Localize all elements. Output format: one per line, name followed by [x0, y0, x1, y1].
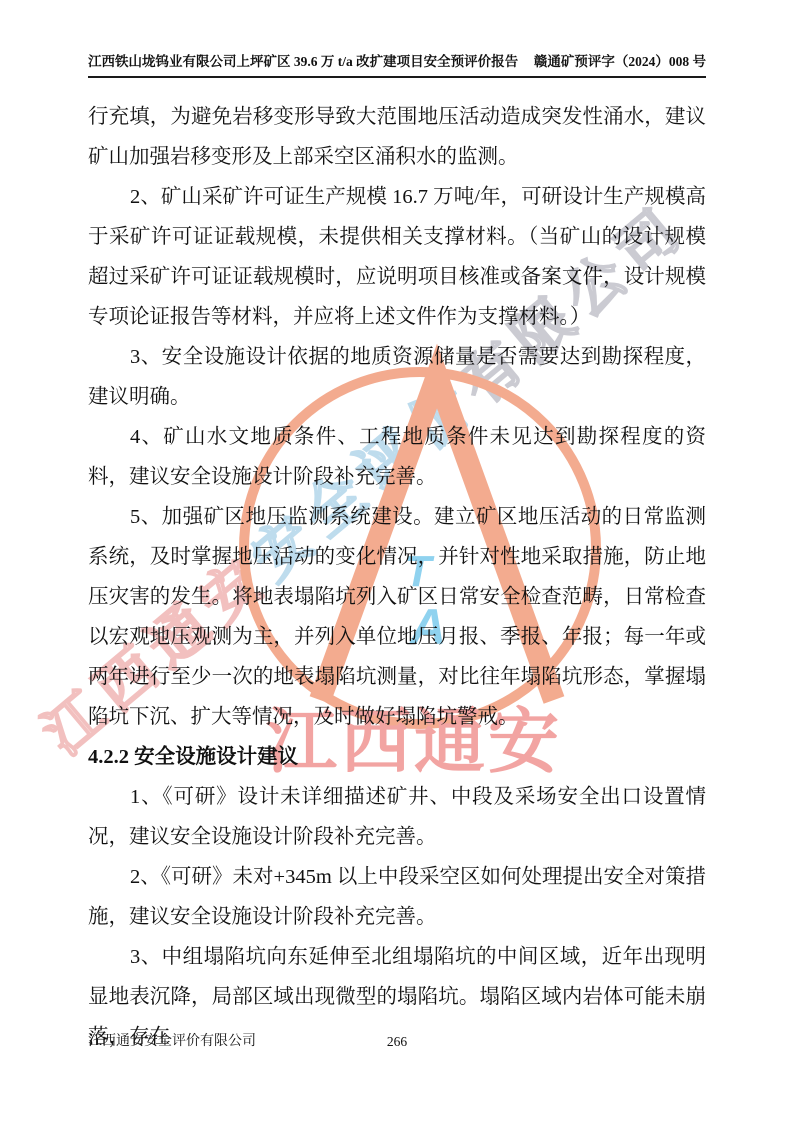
paragraph-item-4: 4、矿山水文地质条件、工程地质条件未见达到勘探程度的资料，建议安全设施设计阶段补…	[88, 417, 706, 497]
header-doc-number: 赣通矿预评字（2024）008 号	[534, 50, 706, 70]
paragraph-item-3: 3、安全设施设计依据的地质资源储量是否需要达到勘探程度，建议明确。	[88, 337, 706, 417]
paragraph-item-2: 2、矿山采矿许可证生产规模 16.7 万吨/年，可研设计生产规模高于采矿许可证证…	[88, 177, 706, 337]
page-header: 江西铁山垅钨业有限公司上坪矿区 39.6 万 t/a 改扩建项目安全预评价报告 …	[88, 50, 706, 78]
paragraph-continued: 行充填，为避免岩移变形导致大范围地压活动造成突发性涌水，建议矿山加强岩移变形及上…	[88, 97, 706, 177]
paragraph-suggestion-2: 2、《可研》未对+345m 以上中段采空区如何处理提出安全对策措施，建议安全设施…	[88, 857, 706, 937]
paragraph-suggestion-1: 1、《可研》设计未详细描述矿井、中段及采场安全出口设置情况，建议安全设施设计阶段…	[88, 777, 706, 857]
page-number: 266	[387, 1032, 407, 1052]
section-heading: 4.2.2 安全设施设计建议	[88, 737, 706, 777]
footer-company-name: 江西通安安全评价有限公司	[88, 1034, 256, 1049]
paragraph-item-5: 5、加强矿区地压监测系统建设。建立矿区地压活动的日常监测系统，及时掌握地压活动的…	[88, 497, 706, 737]
header-report-title: 江西铁山垅钨业有限公司上坪矿区 39.6 万 t/a 改扩建项目安全预评价报告	[88, 50, 518, 70]
document-body: 行充填，为避免岩移变形导致大范围地压活动造成突发性涌水，建议矿山加强岩移变形及上…	[88, 97, 706, 1057]
page-footer: 江西通安安全评价有限公司 266	[88, 1032, 706, 1052]
document-page: 江西通安安全评价有限公司 T A 江西通安 江西铁山垅钨业有限公司上坪矿区 39…	[0, 0, 793, 1122]
